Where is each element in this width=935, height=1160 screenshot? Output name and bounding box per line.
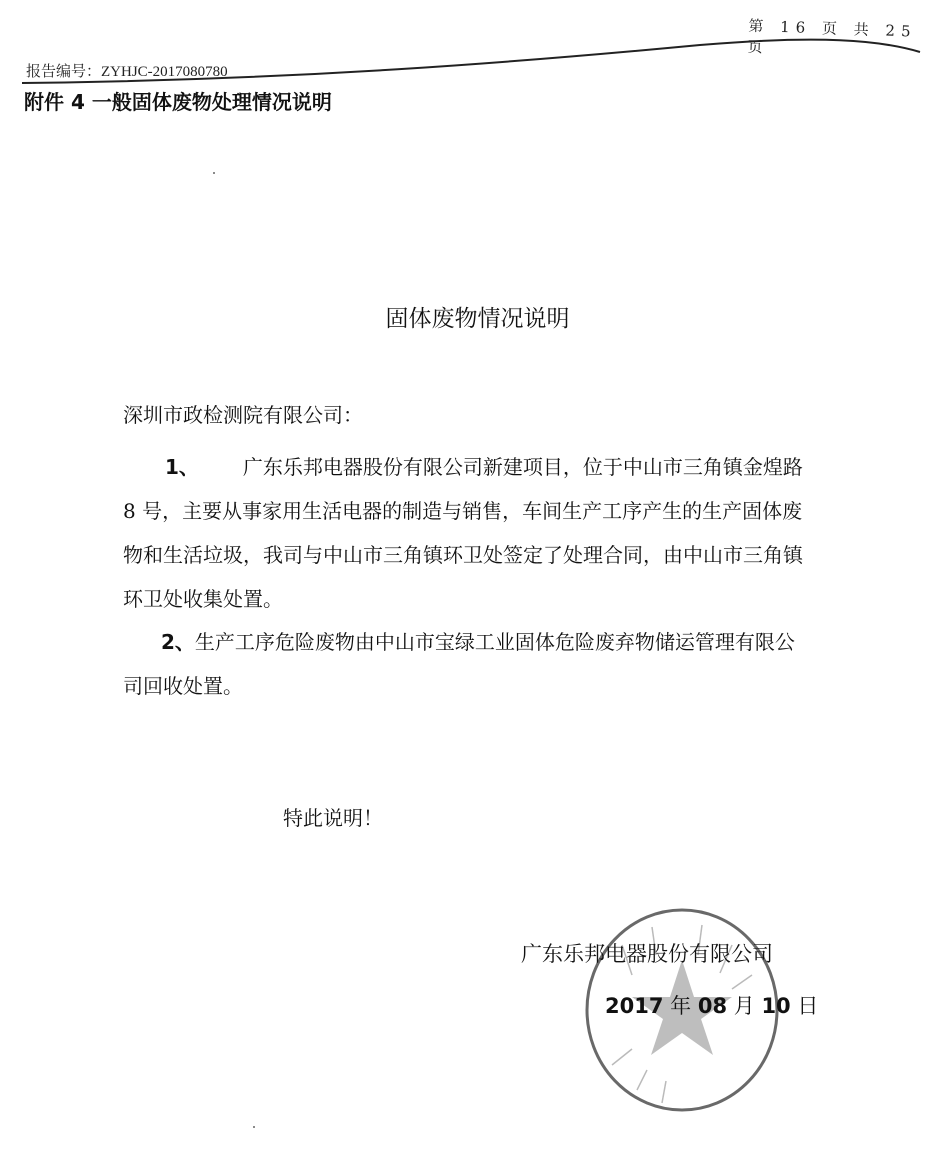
date-day-label: 日 <box>797 994 818 1018</box>
date-year: 2017 <box>605 994 663 1018</box>
report-number: 报告编号：ZYHJC-2017080780 <box>26 60 228 81</box>
date-month-label: 月 <box>734 994 755 1018</box>
paragraph-1: 1、广东乐邦电器股份有限公司新建项目，位于中山市三角镇金煌路 8 号，主要从事家… <box>123 445 803 621</box>
paragraph-2: 2、生产工序危险废物由中山市宝绿工业固体危险废弃物储运管理有限公司回收处置。 <box>123 620 803 708</box>
closing-remark: 特此说明！ <box>283 802 383 831</box>
paragraph-text: 广东乐邦电器股份有限公司新建项目，位于中山市三角镇金煌路 8 号，主要从事家用生… <box>123 455 803 611</box>
paragraph-number: 1、 <box>165 455 199 479</box>
date-day: 10 <box>761 994 790 1018</box>
addressee: 深圳市政检测院有限公司： <box>123 400 803 430</box>
date-year-label: 年 <box>670 994 691 1018</box>
paragraph-text: 生产工序危险废物由中山市宝绿工业固体危险废弃物储运管理有限公司回收处置。 <box>123 630 795 698</box>
attachment-title: 附件 4 一般固体废物处理情况说明 <box>24 86 332 115</box>
paragraph-number: 2、 <box>161 630 195 654</box>
document-title: 固体废物情况说明 <box>0 300 935 333</box>
scan-speck <box>213 172 215 174</box>
date-month: 08 <box>698 994 727 1018</box>
signature-date: 2017 年 08 月 10 日 <box>605 990 818 1020</box>
scan-speck <box>253 1126 255 1128</box>
page-indicator: 第 16 页 共 25 页 <box>747 15 935 64</box>
company-signature: 广东乐邦电器股份有限公司 <box>521 938 773 968</box>
